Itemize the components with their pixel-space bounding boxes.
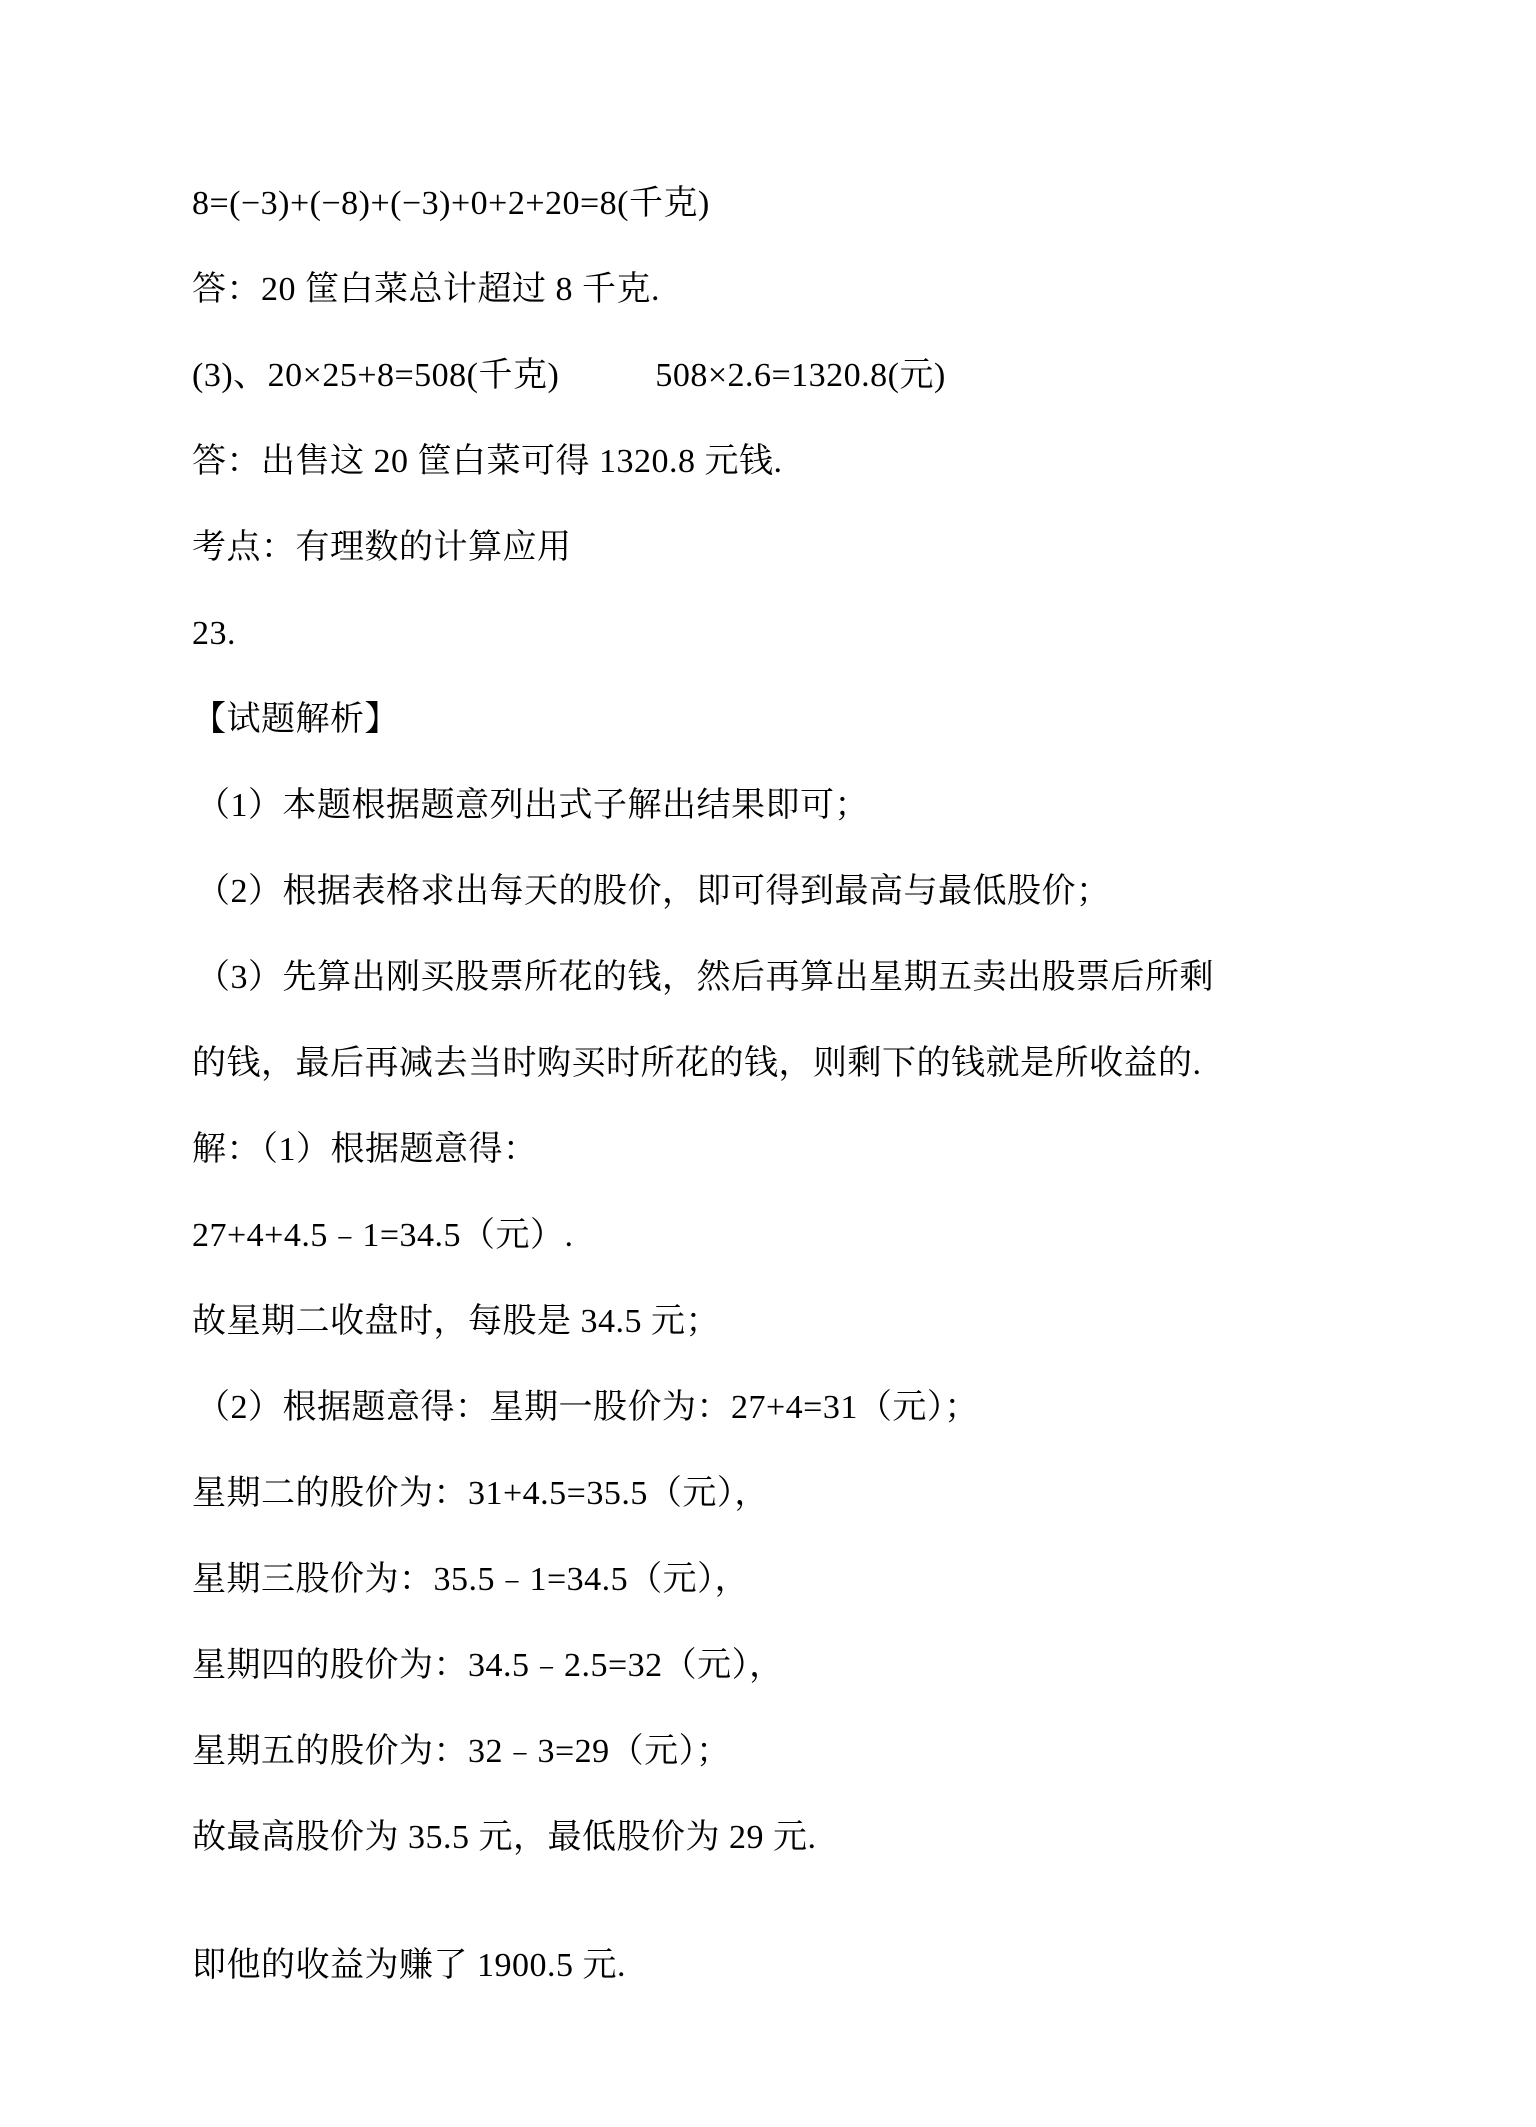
answer-total-weight: 答：20 筐白菜总计超过 8 千克. <box>192 268 660 312</box>
solution-part-2-monday: （2）根据题意得：星期一股价为：27+4=31（元）； <box>196 1386 979 1430</box>
analysis-step-1: （1）本题根据题意列出式子解出结果即可； <box>196 784 869 828</box>
equation-sale-amount: (3)、20×25+8=508(千克)508×2.6=1320.8(元) <box>192 354 946 398</box>
analysis-step-3-continued: 的钱，最后再减去当时购买时所花的钱，则剩下的钱就是所收益的. <box>192 1042 1202 1086</box>
solution-part-2-wednesday: 星期三股价为：35.5﹣1=34.5（元）， <box>192 1558 749 1602</box>
solution-part-2-friday: 星期五的股价为：32﹣3=29（元）； <box>192 1730 731 1774</box>
solution-part-1-equation: 27+4+4.5﹣1=34.5（元）. <box>192 1214 574 1258</box>
knowledge-point: 考点：有理数的计算应用 <box>192 526 572 570</box>
equation-total-kg: (3)、20×25+8=508(千克) <box>192 357 559 394</box>
answer-sale-amount: 答：出售这 20 筐白菜可得 1320.8 元钱. <box>192 440 783 484</box>
solution-part-2-thursday: 星期四的股价为：34.5﹣2.5=32（元）， <box>192 1644 784 1688</box>
analysis-step-2: （2）根据表格求出每天的股价，即可得到最高与最低股价； <box>196 870 1111 914</box>
analysis-heading: 【试题解析】 <box>192 698 399 742</box>
solution-part-3-conclusion: 即他的收益为赚了 1900.5 元. <box>192 1944 626 1988</box>
solution-part-2-tuesday: 星期二的股价为：31+4.5=35.5（元）， <box>192 1472 769 1516</box>
document-page: 8=(−3)+(−8)+(−3)+0+2+20=8(千克) 答：20 筐白菜总计… <box>0 0 1536 2127</box>
equation-total-price: 508×2.6=1320.8(元) <box>655 357 946 394</box>
solution-part-1-conclusion: 故星期二收盘时，每股是 34.5 元； <box>192 1300 720 1344</box>
solution-part-1-heading: 解：（1）根据题意得： <box>192 1128 538 1172</box>
analysis-step-3: （3）先算出刚买股票所花的钱，然后再算出星期五卖出股票后所剩 <box>196 956 1214 1000</box>
solution-part-2-conclusion: 故最高股价为 35.5 元，最低股价为 29 元. <box>192 1816 817 1860</box>
question-number: 23. <box>192 612 236 656</box>
equation-total-weight: 8=(−3)+(−8)+(−3)+0+2+20=8(千克) <box>192 182 710 226</box>
